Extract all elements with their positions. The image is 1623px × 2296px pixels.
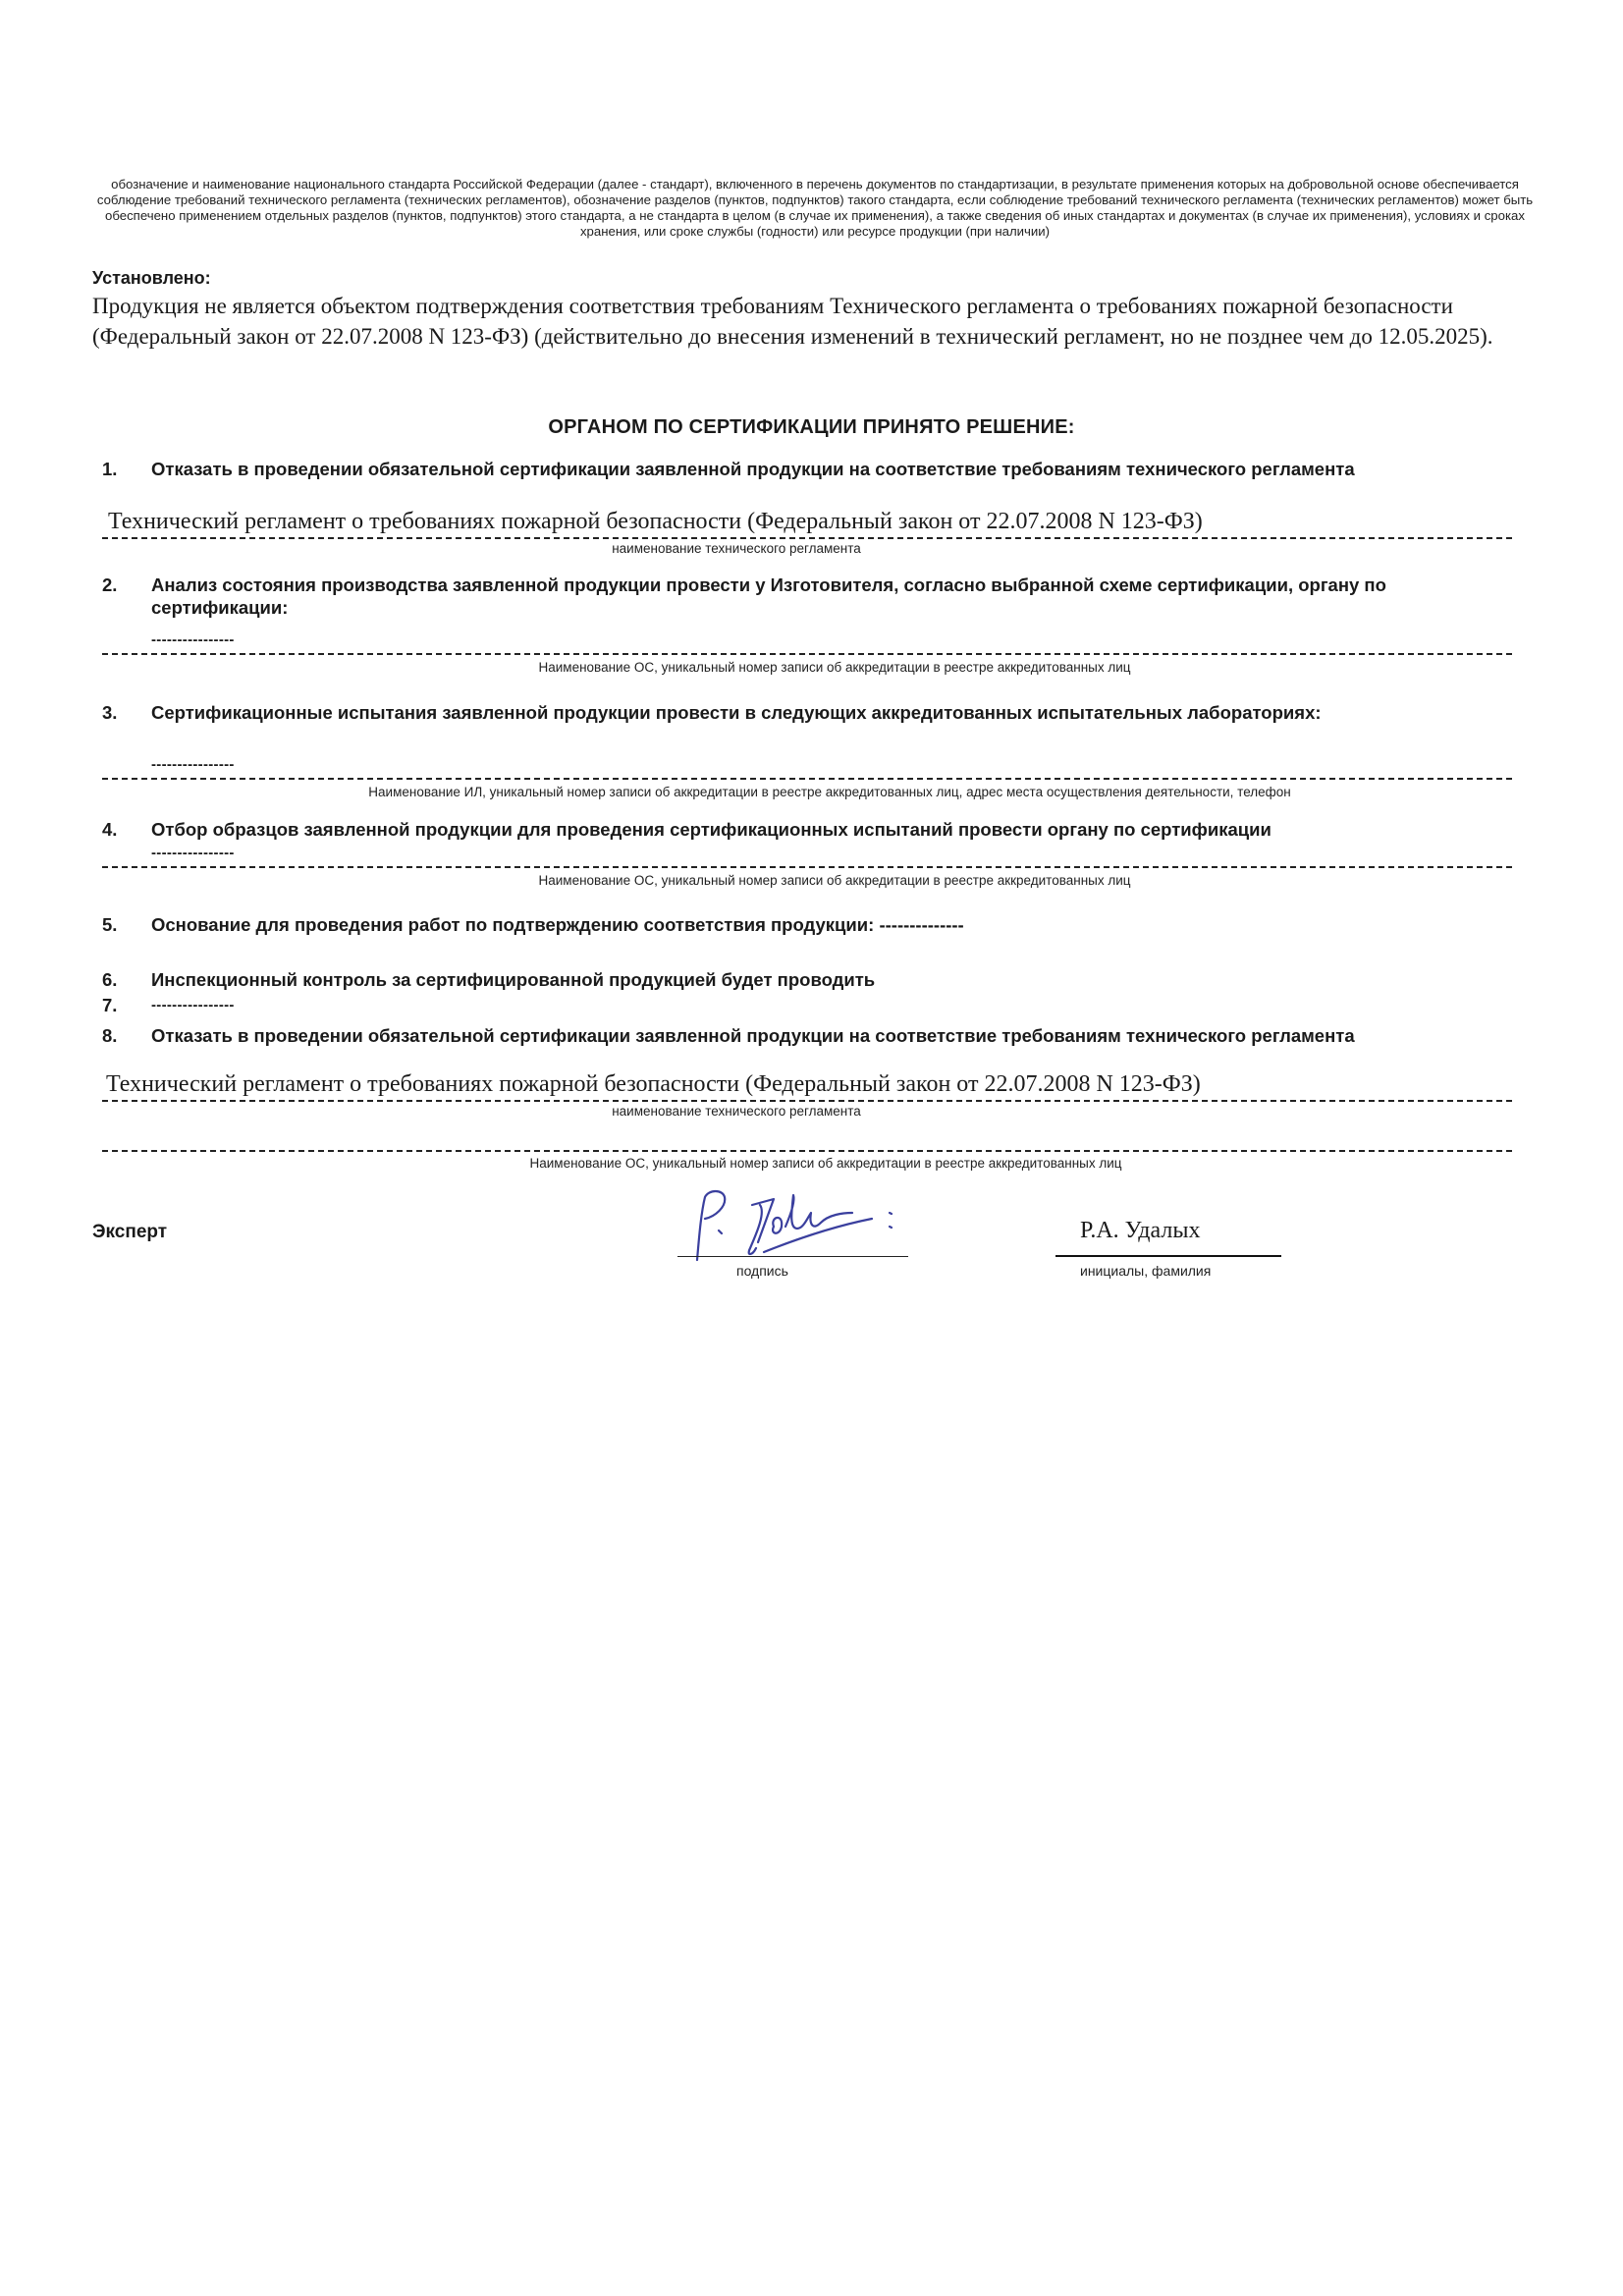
item-text: Инспекционный контроль за сертифицирован…	[151, 968, 1512, 991]
item-2-caption: Наименование ОС, уникальный номер записи…	[0, 660, 1623, 675]
expert-role-label: Эксперт	[92, 1222, 167, 1243]
established-text: Продукция не является объектом подтвержд…	[92, 291, 1536, 352]
item-number: 1.	[102, 458, 141, 480]
decision-item-3: 3. Сертификационные испытания заявленной…	[102, 701, 1512, 724]
signature-caption: подпись	[736, 1263, 788, 1279]
handwritten-signature	[676, 1183, 921, 1267]
decision-item-4: 4. Отбор образцов заявленной продукции д…	[102, 818, 1512, 841]
item-2-fill-line	[102, 653, 1512, 655]
decision-item-1: 1. Отказать в проведении обязательной се…	[102, 458, 1512, 480]
expert-name: Р.А. Удалых	[1080, 1218, 1200, 1244]
item-text: Отказать в проведении обязательной серти…	[151, 1024, 1512, 1047]
decision-title: ОРГАНОМ ПО СЕРТИФИКАЦИИ ПРИНЯТО РЕШЕНИЕ:	[0, 416, 1623, 439]
established-label: Установлено:	[92, 268, 211, 289]
item-1-fill-line	[102, 537, 1512, 539]
item-text: Отказать в проведении обязательной серти…	[151, 458, 1512, 480]
item-text: Анализ состояния производства заявленной…	[151, 574, 1512, 619]
item-3-caption: Наименование ИЛ, уникальный номер записи…	[0, 785, 1623, 799]
item-8-caption: наименование технического регламента	[0, 1104, 1473, 1119]
item-8-regulation-value: Технический регламент о требованиях пожа…	[106, 1071, 1201, 1098]
item-text: ----------------	[151, 994, 1512, 1016]
item-text: Отбор образцов заявленной продукции для …	[151, 818, 1512, 841]
item-8-fill-line	[102, 1100, 1512, 1102]
item-2-fill-value: ----------------	[151, 631, 235, 648]
item-number: 7.	[102, 994, 141, 1016]
item-number: 3.	[102, 701, 141, 724]
item-4-caption: Наименование ОС, уникальный номер записи…	[0, 873, 1623, 888]
item-1-regulation-value: Технический регламент о требованиях пожа…	[108, 509, 1203, 535]
item-number: 6.	[102, 968, 141, 991]
item-4-fill-line	[102, 866, 1512, 868]
decision-item-8: 8. Отказать в проведении обязательной се…	[102, 1024, 1512, 1047]
decision-item-6: 6. Инспекционный контроль за сертифициро…	[102, 968, 1512, 991]
decision-item-7: 7. ----------------	[102, 994, 1512, 1016]
standard-reference-note: обозначение и наименование национального…	[93, 177, 1537, 240]
name-caption: инициалы, фамилия	[1080, 1263, 1211, 1279]
decision-item-5: 5. Основание для проведения работ по под…	[102, 913, 1512, 936]
item-text: Основание для проведения работ по подтве…	[151, 913, 1512, 936]
item-3-fill-value: ----------------	[151, 756, 235, 773]
item-number: 8.	[102, 1024, 141, 1047]
decision-item-2: 2. Анализ состояния производства заявлен…	[102, 574, 1512, 619]
item-number: 4.	[102, 818, 141, 841]
item-1-caption: наименование технического регламента	[0, 541, 1473, 556]
item-number: 5.	[102, 913, 141, 936]
item-text: Сертификационные испытания заявленной пр…	[151, 701, 1512, 724]
item-4-fill-value: ----------------	[151, 845, 235, 861]
name-line	[1055, 1255, 1281, 1257]
item-8-second-fill-line	[102, 1150, 1512, 1152]
item-number: 2.	[102, 574, 141, 596]
item-3-fill-line	[102, 778, 1512, 780]
signature-line	[677, 1256, 908, 1257]
item-8-second-caption: Наименование ОС, уникальный номер записи…	[0, 1156, 1623, 1171]
